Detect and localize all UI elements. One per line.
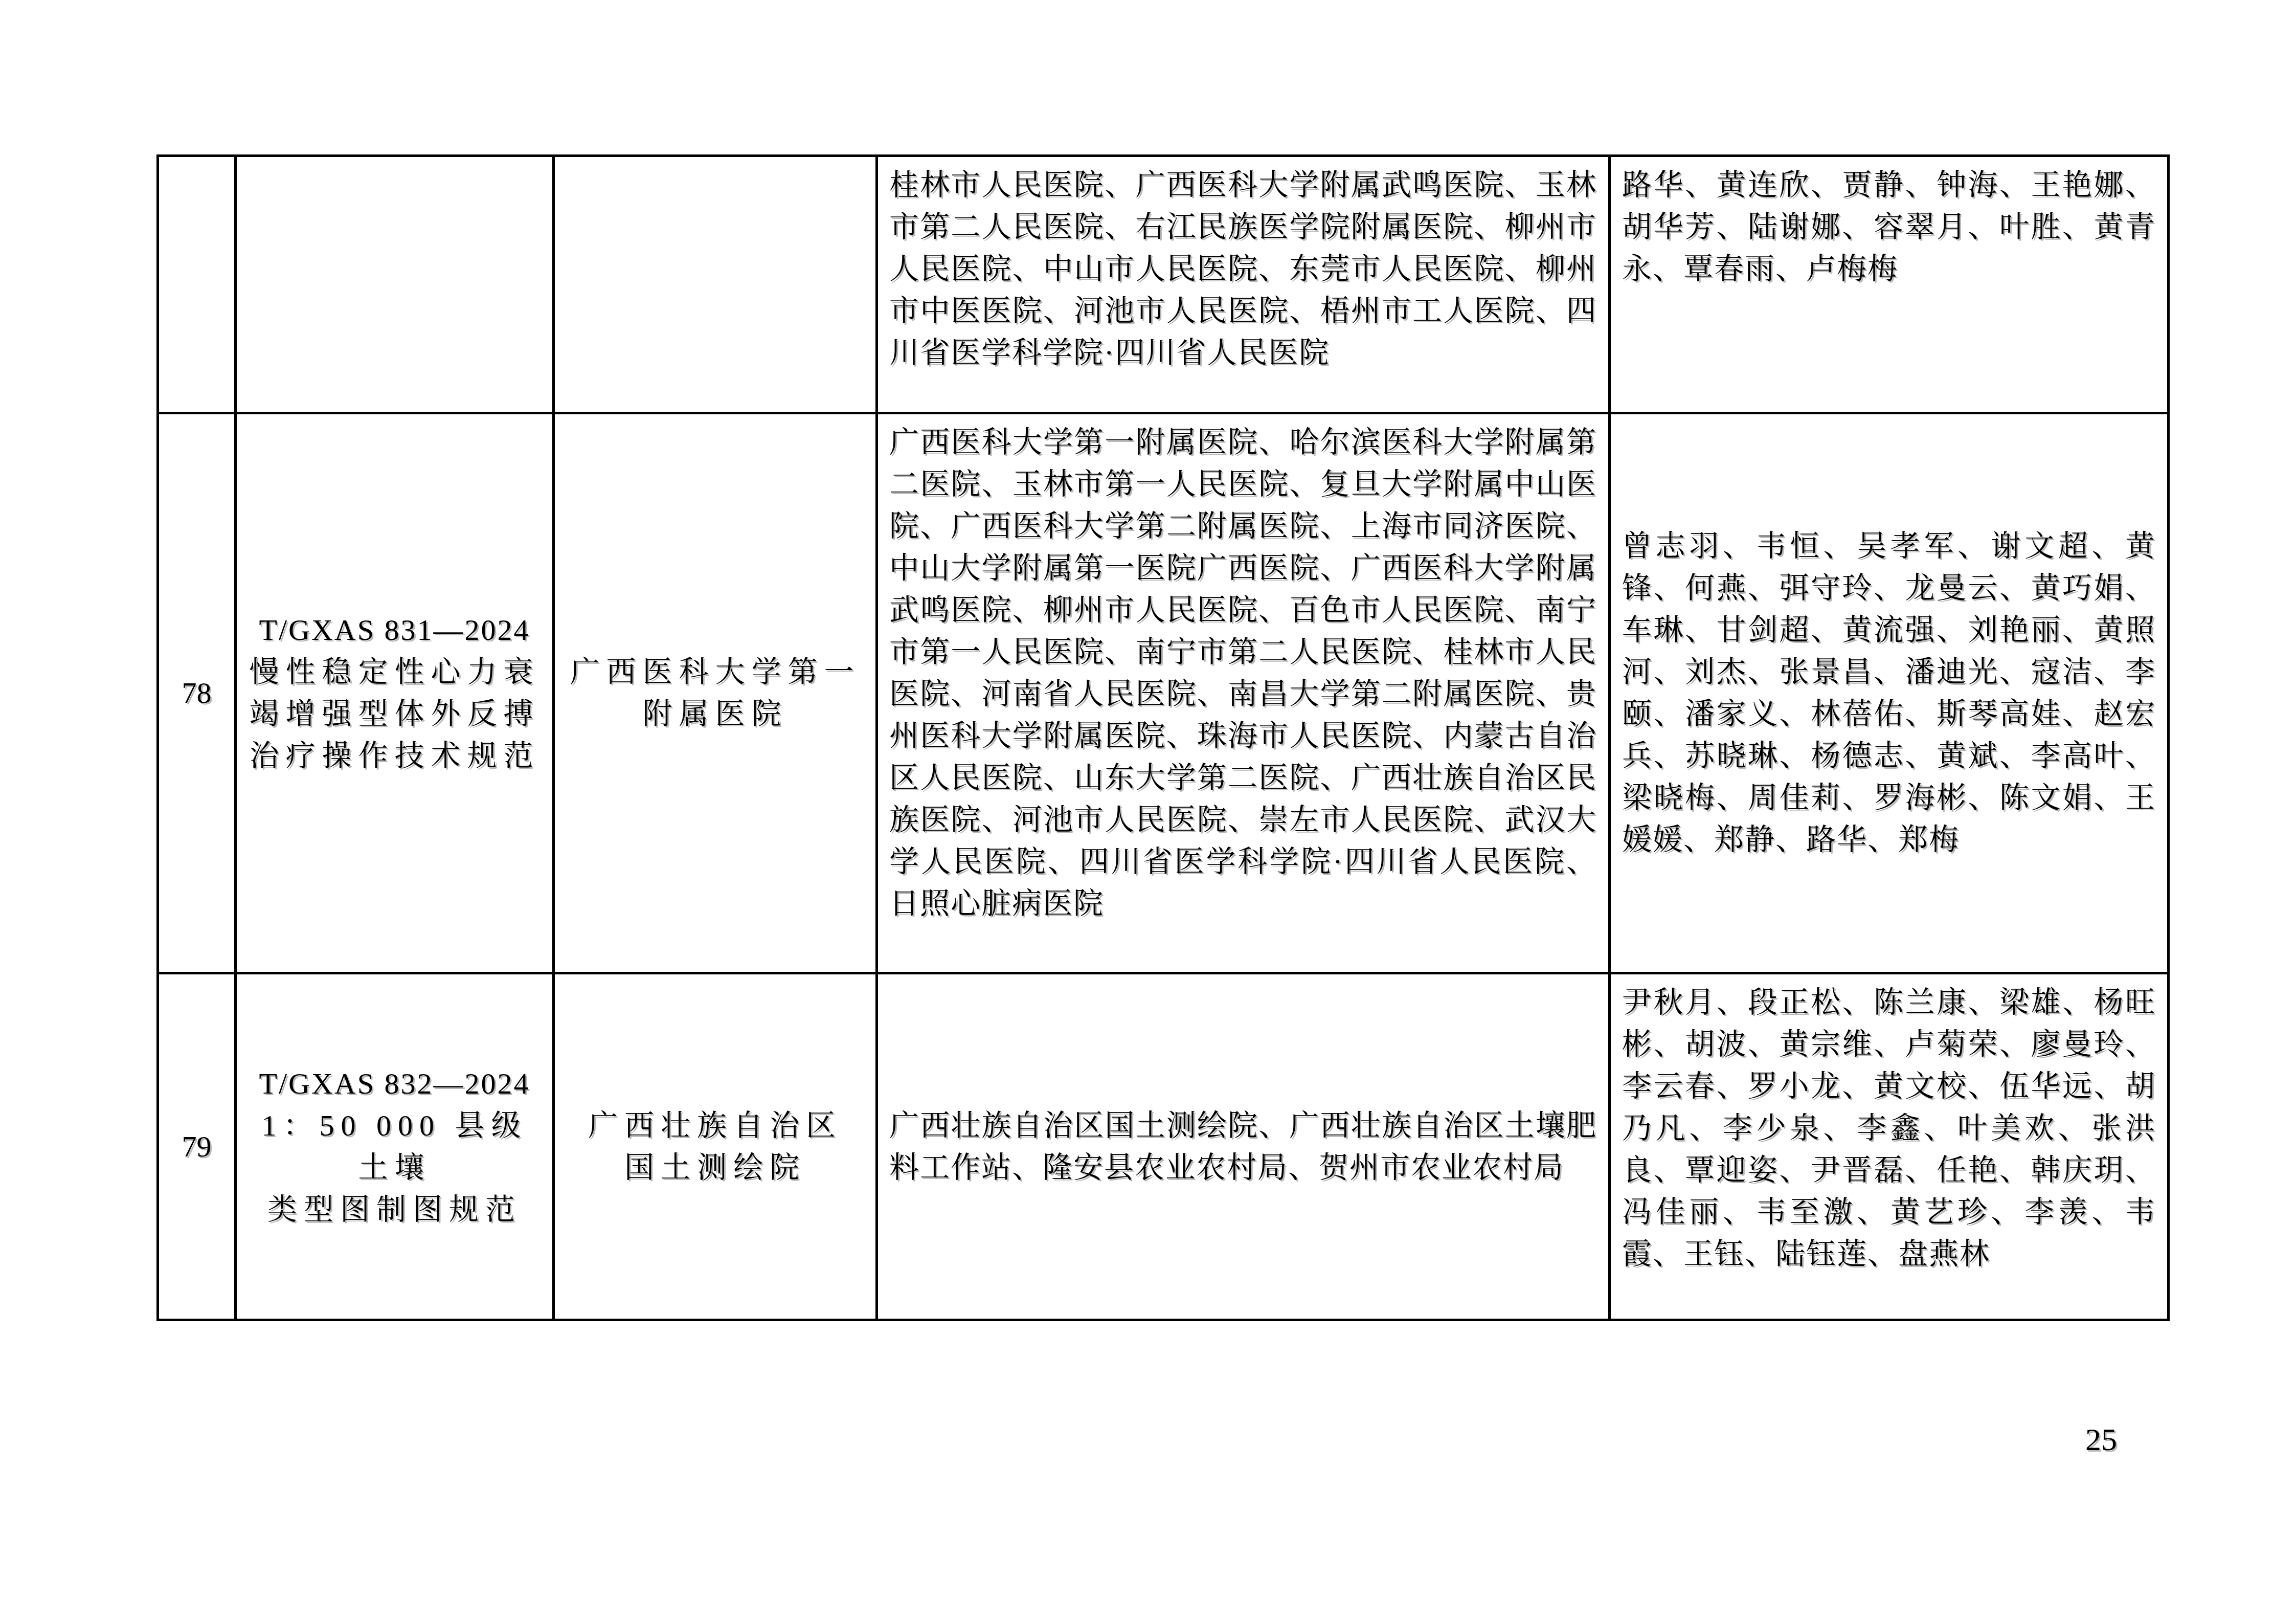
table-row-continuation: 桂林市人民医院、广西医科大学附属武鸣医院、玉林市第二人民医院、右江民族医学院附属… xyxy=(158,156,2169,413)
organization-line: 附属医院 xyxy=(566,693,864,735)
cell-standard: T/GXAS 831—2024 慢性稳定性心力衰 竭增强型体外反搏 治疗操作技术… xyxy=(236,413,554,973)
cell-drafting-units: 桂林市人民医院、广西医科大学附属武鸣医院、玉林市第二人民医院、右江民族医学院附属… xyxy=(877,156,1610,413)
document-page: 桂林市人民医院、广西医科大学附属武鸣医院、玉林市第二人民医院、右江民族医学院附属… xyxy=(0,0,2296,1624)
cell-seq: 79 xyxy=(158,973,236,1320)
cell-drafting-units: 广西壮族自治区国土测绘院、广西壮族自治区土壤肥料工作站、隆安县农业农村局、贺州市… xyxy=(877,973,1610,1320)
cell-drafters: 曾志羽、韦恒、吴孝军、谢文超、黄锋、何燕、弭守玲、龙曼云、黄巧娟、车琳、甘剑超、… xyxy=(1610,413,2169,973)
cell-seq: 78 xyxy=(158,413,236,973)
cell-drafters: 路华、黄连欣、贾静、钟海、王艳娜、胡华芳、陆谢娜、容翠月、叶胜、黄青永、覃春雨、… xyxy=(1610,156,2169,413)
standard-title-line: 竭增强型体外反搏 xyxy=(248,693,541,735)
drafting-units-text: 广西医科大学第一附属医院、哈尔滨医科大学附属第二医院、玉林市第一人民医院、复旦大… xyxy=(889,421,1597,925)
cell-standard xyxy=(236,156,554,413)
organization-line: 广西医科大学第一 xyxy=(566,651,864,693)
standards-table: 桂林市人民医院、广西医科大学附属武鸣医院、玉林市第二人民医院、右江民族医学院附属… xyxy=(156,154,2170,1321)
standard-code: T/GXAS 832—2024 xyxy=(248,1063,541,1105)
cell-organization: 广西壮族自治区 国土测绘院 xyxy=(554,973,877,1320)
standard-title-line: 慢性稳定性心力衰 xyxy=(248,651,541,693)
organization-line: 广西壮族自治区 xyxy=(566,1105,864,1147)
drafting-units-text: 桂林市人民医院、广西医科大学附属武鸣医院、玉林市第二人民医院、右江民族医学院附属… xyxy=(889,164,1597,374)
standard-title-line: 1：50 000 县级土壤 xyxy=(248,1105,541,1189)
cell-organization xyxy=(554,156,877,413)
cell-drafters: 尹秋月、段正松、陈兰康、梁雄、杨旺彬、胡波、黄宗维、卢菊荣、廖曼玲、李云春、罗小… xyxy=(1610,973,2169,1320)
standard-title-line: 类型图制图规范 xyxy=(248,1189,541,1231)
cell-seq xyxy=(158,156,236,413)
drafters-text: 尹秋月、段正松、陈兰康、梁雄、杨旺彬、胡波、黄宗维、卢菊荣、廖曼玲、李云春、罗小… xyxy=(1622,982,2156,1275)
table-row-78: 78 T/GXAS 831—2024 慢性稳定性心力衰 竭增强型体外反搏 治疗操… xyxy=(158,413,2169,973)
standard-title-line: 治疗操作技术规范 xyxy=(248,735,541,777)
drafters-text: 曾志羽、韦恒、吴孝军、谢文超、黄锋、何燕、弭守玲、龙曼云、黄巧娟、车琳、甘剑超、… xyxy=(1622,525,2156,861)
cell-standard: T/GXAS 832—2024 1：50 000 县级土壤 类型图制图规范 xyxy=(236,973,554,1320)
organization-line: 国土测绘院 xyxy=(566,1147,864,1189)
cell-organization: 广西医科大学第一 附属医院 xyxy=(554,413,877,973)
page-number: 25 xyxy=(2085,1422,2117,1458)
standard-code: T/GXAS 831—2024 xyxy=(248,609,541,651)
drafters-text: 路华、黄连欣、贾静、钟海、王艳娜、胡华芳、陆谢娜、容翠月、叶胜、黄青永、覃春雨、… xyxy=(1622,164,2156,290)
cell-drafting-units: 广西医科大学第一附属医院、哈尔滨医科大学附属第二医院、玉林市第一人民医院、复旦大… xyxy=(877,413,1610,973)
table-row-79: 79 T/GXAS 832—2024 1：50 000 县级土壤 类型图制图规范… xyxy=(158,973,2169,1320)
drafting-units-text: 广西壮族自治区国土测绘院、广西壮族自治区土壤肥料工作站、隆安县农业农村局、贺州市… xyxy=(889,1105,1597,1189)
